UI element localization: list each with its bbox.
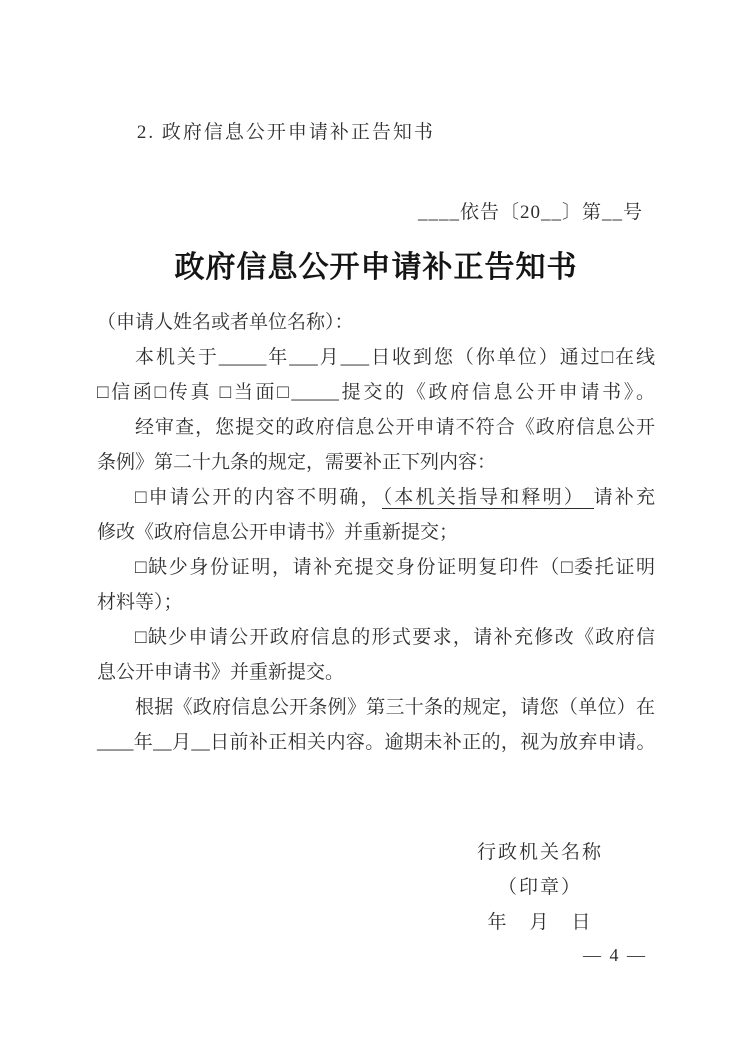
correction-item-3-line-1: □缺少申请公开政府信息的形式要求，请补充修改《政府信	[97, 620, 655, 655]
deadline-paragraph-line-2: ____年__月__日前补正相关内容。逾期未补正的，视为放弃申请。	[97, 725, 655, 760]
page-number: — 4 —	[97, 940, 655, 970]
underlined-guidance-text: （本机关指导和释明）	[382, 487, 594, 509]
seal-line: （印章）	[420, 870, 660, 905]
correction-item-1-after: 请补充	[594, 487, 655, 508]
document-content: 2. 政府信息公开申请补正告知书 ____依告〔20__〕第__号 政府信息公开…	[97, 0, 655, 970]
document-page: 2. 政府信息公开申请补正告知书 ____依告〔20__〕第__号 政府信息公开…	[0, 0, 750, 1061]
document-number: ____依告〔20__〕第__号	[97, 195, 655, 230]
review-paragraph-line-1: 经审查，您提交的政府信息公开申请不符合《政府信息公开	[97, 410, 655, 445]
date-line: 年 月 日	[420, 905, 660, 940]
attachment-list-item: 2. 政府信息公开申请补正告知书	[97, 115, 655, 150]
document-title: 政府信息公开申请补正告知书	[97, 246, 655, 290]
correction-item-2-line-1: □缺少身份证明，请补充提交身份证明复印件（□委托证明	[97, 550, 655, 585]
received-paragraph-line-2: □信函□传真 □当面□_____提交的《政府信息公开申请书》。	[97, 375, 655, 410]
review-paragraph-line-2: 条例》第二十九条的规定，需要补正下列内容：	[97, 445, 655, 480]
addressee-line: （申请人姓名或者单位名称）：	[97, 305, 655, 340]
correction-item-1-line-1: □申请公开的内容不明确，（本机关指导和释明）请补充	[97, 480, 655, 515]
signature-block: 行政机关名称 （印章） 年 月 日	[420, 835, 660, 940]
correction-item-2-line-2: 材料等）；	[97, 585, 655, 620]
document-body: （申请人姓名或者单位名称）： 本机关于_____年___月___日收到您（你单位…	[97, 305, 655, 760]
correction-item-3-line-2: 息公开申请书》并重新提交。	[97, 655, 655, 690]
correction-item-1-line-2: 修改《政府信息公开申请书》并重新提交；	[97, 515, 655, 550]
agency-name-line: 行政机关名称	[420, 835, 660, 870]
received-paragraph-line-1: 本机关于_____年___月___日收到您（你单位）通过□在线	[97, 340, 655, 375]
deadline-paragraph-line-1: 根据《政府信息公开条例》第三十条的规定，请您（单位）在	[97, 690, 655, 725]
correction-item-1-before: □申请公开的内容不明确，	[135, 487, 382, 508]
